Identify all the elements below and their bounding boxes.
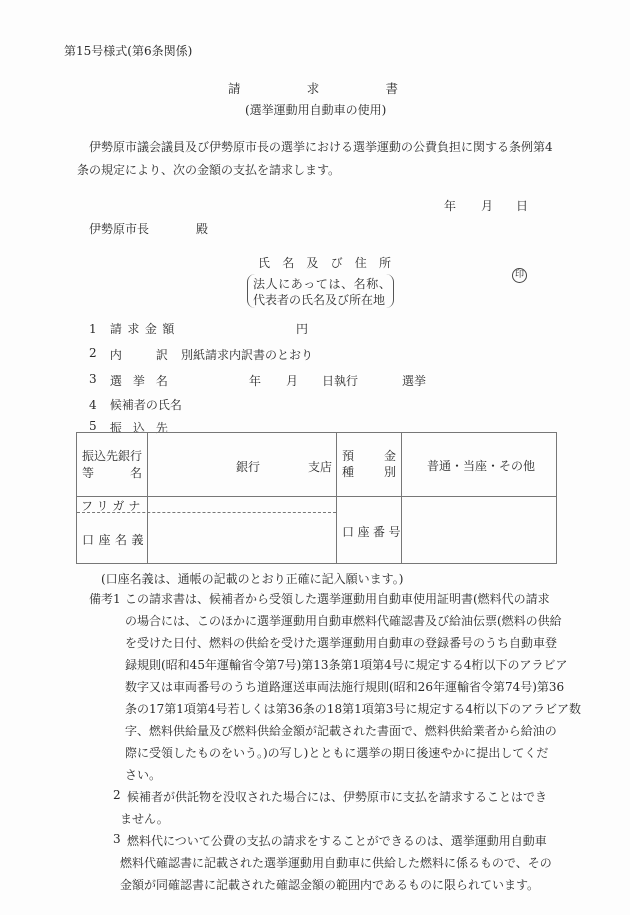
intro-line-1: 伊勢原市議会議員及び伊勢原市長の選挙における選挙運動の公費負担に関する条例第4: [89, 138, 553, 155]
document-subtitle: (選挙運動用自動車の使用): [245, 101, 386, 118]
date-year: 年: [444, 199, 456, 213]
table-divider: [336, 433, 337, 563]
item-claim-amount: 1 請求金額 円: [89, 320, 180, 337]
election-day-exec: 日執行: [322, 372, 358, 389]
title-char: 請: [228, 79, 241, 97]
furigana-input[interactable]: [148, 497, 336, 512]
item-label: 選挙名: [110, 372, 168, 386]
claimant-note-bracket: 法人にあっては、名称、 代表者の氏名及び所在地: [247, 274, 394, 308]
claimant-note-line-1: 法人にあっては、名称、: [253, 275, 391, 292]
item-number: 4: [89, 398, 106, 412]
addressee-honorific: 殿: [196, 220, 208, 237]
title-char: 書: [385, 79, 398, 97]
bank-transfer-table: 振込先銀行 等 名 銀行 支店 預 金 種 別 普通・当座・その他 フリガナ 口…: [76, 432, 557, 564]
bank-name-label: 振込先銀行 等 名: [82, 447, 142, 480]
title-char: 求: [307, 79, 320, 97]
yen-unit: 円: [296, 320, 308, 337]
item-label: 振込先: [110, 419, 168, 433]
claimant-label: 氏名及び住所: [258, 254, 403, 271]
document-title: 請 求 書: [228, 79, 398, 97]
account-name-note: (口座名義は、通帳の記載のとおり正確に記入願います。): [101, 570, 403, 587]
item-label: 請求金額: [110, 322, 180, 336]
account-number-input[interactable]: [402, 497, 556, 563]
bank-suffix: 銀行: [236, 458, 260, 475]
item-breakdown: 2 内訳 別紙請求内訳書のとおり: [89, 346, 168, 360]
item-label: 候補者の氏名: [110, 398, 182, 412]
furigana-label: フリガナ: [81, 497, 144, 514]
election-year: 年: [249, 372, 261, 389]
bank-name-field[interactable]: 銀行 支店: [148, 433, 336, 496]
item-number: 3: [89, 372, 106, 386]
item-number: 5: [89, 419, 106, 433]
addressee-name: 伊勢原市長: [89, 222, 149, 236]
election-type: 選挙: [402, 372, 426, 389]
item-number: 1: [89, 322, 106, 336]
intro-line-2: 条の規定により、次の金額の支払を請求します。: [77, 161, 340, 178]
date-field: 年 月 日: [444, 197, 456, 214]
remark-3-number: 3: [113, 832, 121, 846]
date-month: 月: [481, 197, 493, 214]
item-label: 内訳: [110, 346, 168, 360]
account-number-label: 口座番号: [342, 523, 404, 540]
remark-2-number: 2: [113, 788, 121, 802]
remark-heading: 備考1: [89, 590, 121, 607]
item-election-name: 3 選挙名 年 月 日執行 選挙: [89, 372, 168, 386]
form-number: 第15号様式(第6条関係): [64, 42, 192, 59]
item-value: 別紙請求内訳書のとおり: [181, 346, 313, 363]
account-name-label: 口座名義: [82, 531, 148, 548]
claimant-note-line-2: 代表者の氏名及び所在地: [253, 291, 385, 308]
deposit-type-options[interactable]: 普通・当座・その他: [427, 457, 535, 474]
deposit-type-label: 預 金 種 別: [342, 447, 396, 481]
seal-mark-icon: 印: [512, 268, 527, 283]
item-number: 2: [89, 346, 106, 360]
item-candidate-name: 4 候補者の氏名: [89, 396, 182, 413]
election-month: 月: [286, 372, 298, 389]
item-transfer-destination: 5 振込先: [89, 419, 168, 433]
addressee: 伊勢原市長 殿: [89, 220, 149, 237]
account-name-input[interactable]: [148, 513, 336, 563]
branch-suffix: 支店: [308, 458, 332, 475]
date-day: 日: [516, 197, 528, 214]
